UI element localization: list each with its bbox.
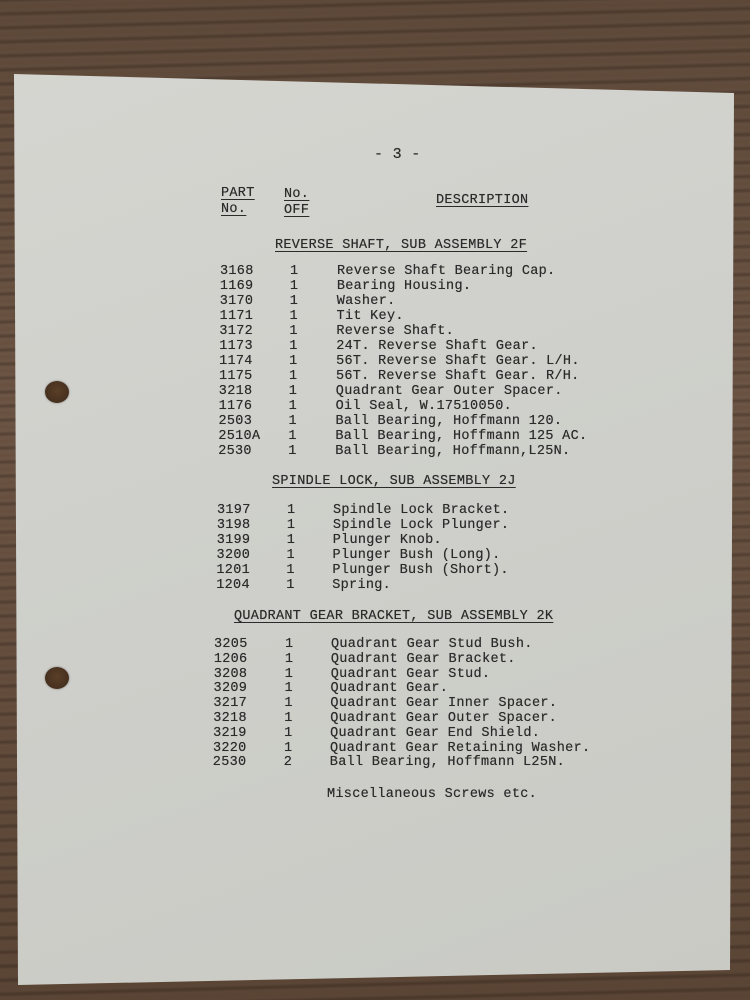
description: Quadrant Gear Outer Spacer. <box>330 711 557 726</box>
header-no-off-1: No. <box>284 187 309 202</box>
part-number: 3170 <box>220 294 254 309</box>
part-number: 3172 <box>219 324 253 339</box>
part-number: 1201 <box>216 563 250 578</box>
description: Quadrant Gear Inner Spacer. <box>330 696 557 711</box>
part-number: 3168 <box>220 264 254 279</box>
description: Quadrant Gear Bracket. <box>331 652 516 667</box>
part-number: 2510A <box>218 429 260 444</box>
part-number: 3219 <box>213 726 247 741</box>
description: Bearing Housing. <box>337 279 471 294</box>
part-number: 1206 <box>214 652 248 667</box>
page-number: - 3 - <box>374 147 421 162</box>
header-part-no-2: No. <box>221 202 246 217</box>
quantity: 1 <box>287 518 295 533</box>
part-number: 3197 <box>217 503 251 518</box>
part-number: 3218 <box>213 711 247 726</box>
part-number: 3220 <box>213 741 247 756</box>
description: Quadrant Gear Stud Bush. <box>331 637 533 652</box>
description: Spindle Lock Plunger. <box>333 518 509 533</box>
quantity: 1 <box>284 711 292 726</box>
quantity: 1 <box>288 429 296 444</box>
part-number: 3209 <box>214 681 248 696</box>
quantity: 1 <box>289 414 297 429</box>
quantity: 1 <box>289 324 297 339</box>
part-number: 3199 <box>217 533 251 548</box>
description: Quadrant Gear Stud. <box>331 667 491 682</box>
quantity: 1 <box>284 726 292 741</box>
description: Plunger Knob. <box>333 533 442 548</box>
part-number: 2530 <box>218 444 252 459</box>
quantity: 1 <box>287 503 295 518</box>
part-number: 3200 <box>217 548 251 563</box>
description: Spring. <box>332 578 391 593</box>
description: Ball Bearing, Hoffmann 120. <box>336 414 563 429</box>
quantity: 1 <box>288 444 296 459</box>
part-number: 1175 <box>219 369 253 384</box>
description: Washer. <box>337 294 396 309</box>
part-number: 3217 <box>213 696 247 711</box>
footer-note: Miscellaneous Screws etc. <box>327 787 537 802</box>
quantity: 1 <box>290 279 298 294</box>
quantity: 1 <box>289 369 297 384</box>
part-number: 1173 <box>219 339 253 354</box>
description: Quadrant Gear End Shield. <box>330 726 540 741</box>
description: 56T. Reverse Shaft Gear. R/H. <box>336 369 580 384</box>
description: Quadrant Gear Outer Spacer. <box>336 384 563 399</box>
header-no-off-2: OFF <box>284 203 309 218</box>
quantity: 1 <box>290 309 298 324</box>
description: Reverse Shaft Bearing Cap. <box>337 264 555 279</box>
section-title: QUADRANT GEAR BRACKET, SUB ASSEMBLY 2K <box>234 609 553 624</box>
description: 56T. Reverse Shaft Gear. L/H. <box>336 354 580 369</box>
quantity: 1 <box>284 741 292 756</box>
header-description: DESCRIPTION <box>436 193 528 208</box>
quantity: 1 <box>286 578 294 593</box>
description: Quadrant Gear. <box>331 681 449 696</box>
quantity: 2 <box>284 755 292 770</box>
quantity: 1 <box>289 339 297 354</box>
part-number: 1174 <box>219 354 253 369</box>
part-number: 3198 <box>217 518 251 533</box>
part-number: 1171 <box>220 309 254 324</box>
quantity: 1 <box>290 294 298 309</box>
description: Plunger Bush (Long). <box>333 548 501 563</box>
quantity: 1 <box>284 696 292 711</box>
quantity: 1 <box>285 637 293 652</box>
part-number: 2503 <box>219 414 253 429</box>
punch-hole <box>45 667 69 689</box>
quantity: 1 <box>287 533 295 548</box>
section-title: SPINDLE LOCK, SUB ASSEMBLY 2J <box>272 474 516 489</box>
part-number: 2530 <box>213 755 247 770</box>
quantity: 1 <box>289 384 297 399</box>
part-number: 3208 <box>214 667 248 682</box>
quantity: 1 <box>286 563 294 578</box>
description: Oil Seal, W.17510050. <box>336 399 512 414</box>
quantity: 1 <box>290 264 298 279</box>
punch-hole <box>45 381 69 403</box>
quantity: 1 <box>285 681 293 696</box>
description: Ball Bearing, Hoffmann 125 AC. <box>335 429 587 444</box>
part-number: 3205 <box>214 637 248 652</box>
section-title: REVERSE SHAFT, SUB ASSEMBLY 2F <box>275 238 527 253</box>
part-number: 1176 <box>219 399 253 414</box>
description: Tit Key. <box>337 309 404 324</box>
quantity: 1 <box>285 652 293 667</box>
description: Plunger Bush (Short). <box>332 563 508 578</box>
description: Ball Bearing, Hoffmann L25N. <box>330 755 565 770</box>
part-number: 1169 <box>220 279 254 294</box>
part-number: 3218 <box>219 384 253 399</box>
part-number: 1204 <box>216 578 250 593</box>
header-part-no-1: PART <box>221 186 255 201</box>
description: Reverse Shaft. <box>336 324 454 339</box>
description: 24T. Reverse Shaft Gear. <box>336 339 538 354</box>
description: Quadrant Gear Retaining Washer. <box>330 741 590 756</box>
description: Spindle Lock Bracket. <box>333 503 509 518</box>
quantity: 1 <box>287 548 295 563</box>
quantity: 1 <box>285 667 293 682</box>
quantity: 1 <box>289 354 297 369</box>
quantity: 1 <box>289 399 297 414</box>
description: Ball Bearing, Hoffmann,L25N. <box>335 444 570 459</box>
